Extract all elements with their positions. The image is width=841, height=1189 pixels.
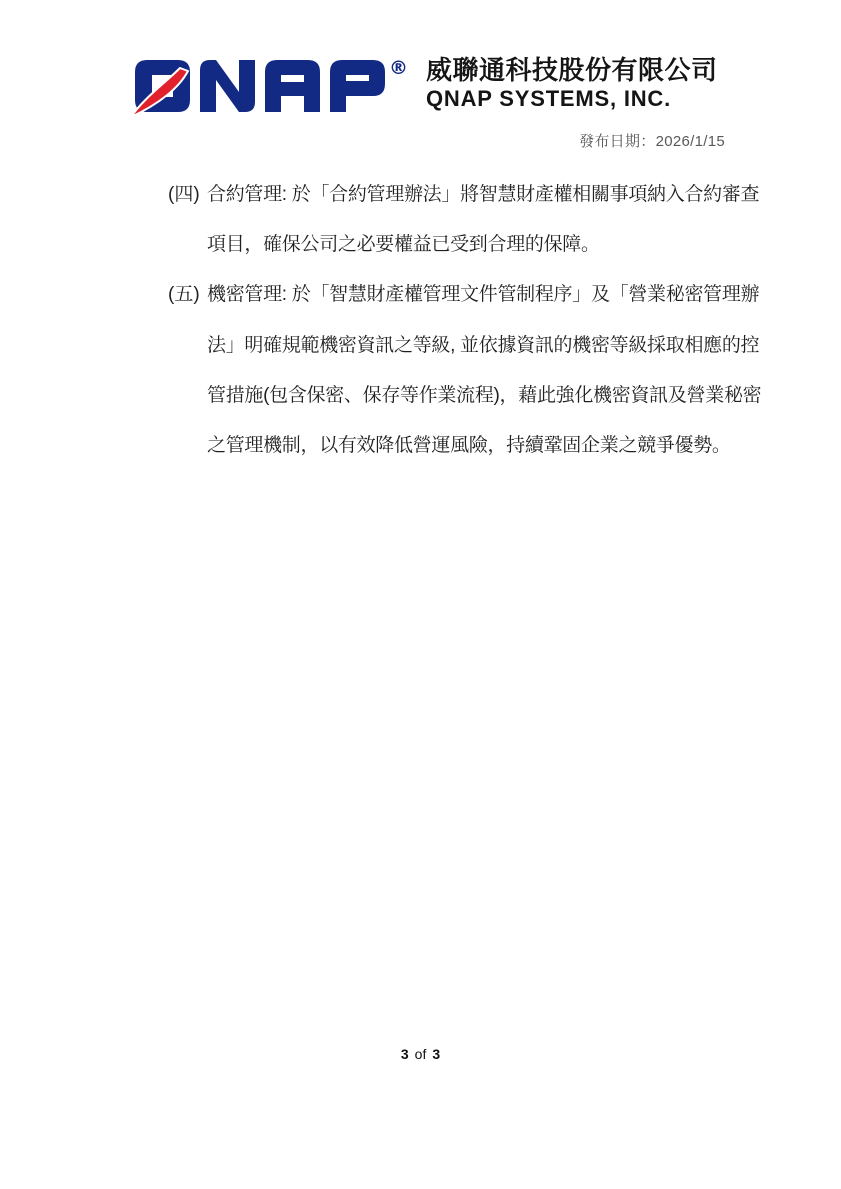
list-marker: (五) xyxy=(168,270,207,320)
text-line: 之管理機制，以有效降低營運風險，持續鞏固企業之競爭優勢。 xyxy=(207,421,761,471)
text-line: 項目，確保公司之必要權益已受到合理的保障。 xyxy=(207,220,759,270)
qnap-logo: QNAP ® xyxy=(127,56,417,122)
list-item-5: (五) 機密管理: 於「智慧財產權管理文件管制程序」及「營業秘密管理辦 法」明確… xyxy=(168,270,743,471)
logo-letter-n xyxy=(200,60,255,112)
document-page: QNAP ® 威聯通科技股份有限公司 QNAP SYSTEMS, INC. 發布… xyxy=(0,0,841,1189)
registered-trademark-icon: ® xyxy=(389,57,408,79)
body-text: (四) 合約管理: 於「合約管理辦法」將智慧財產權相關事項納入合約審查 項目，確… xyxy=(168,170,743,471)
company-name-zh: 威聯通科技股份有限公司 xyxy=(426,54,718,86)
text-line: 管措施(包含保密、保存等作業流程)，藉此強化機密資訊及營業秘密 xyxy=(207,371,761,421)
page-of-label: of xyxy=(415,1046,427,1062)
list-item-4: (四) 合約管理: 於「合約管理辦法」將智慧財產權相關事項納入合約審查 項目，確… xyxy=(168,170,743,270)
list-item-lines: 合約管理: 於「合約管理辦法」將智慧財產權相關事項納入合約審查 項目，確保公司之… xyxy=(207,170,759,270)
logo-letter-a xyxy=(265,60,320,112)
current-page-number: 3 xyxy=(401,1046,409,1062)
company-name-en: QNAP SYSTEMS, INC. xyxy=(426,86,718,111)
text-line: 法」明確規範機密資訊之等級, 並依據資訊的機密等級採取相應的控 xyxy=(207,321,761,371)
text-line: 合約管理: 於「合約管理辦法」將智慧財產權相關事項納入合約審查 xyxy=(207,170,759,220)
text-line: 機密管理: 於「智慧財產權管理文件管制程序」及「營業秘密管理辦 xyxy=(207,270,761,320)
release-date: 發布日期：2026/1/15 xyxy=(579,130,725,151)
page-footer: 3of3 xyxy=(0,1046,841,1062)
list-marker: (四) xyxy=(168,170,207,220)
logo-letter-p xyxy=(330,60,385,112)
list-item-lines: 機密管理: 於「智慧財產權管理文件管制程序」及「營業秘密管理辦 法」明確規範機密… xyxy=(207,270,761,471)
total-page-number: 3 xyxy=(432,1046,440,1062)
company-names: 威聯通科技股份有限公司 QNAP SYSTEMS, INC. xyxy=(426,54,718,111)
